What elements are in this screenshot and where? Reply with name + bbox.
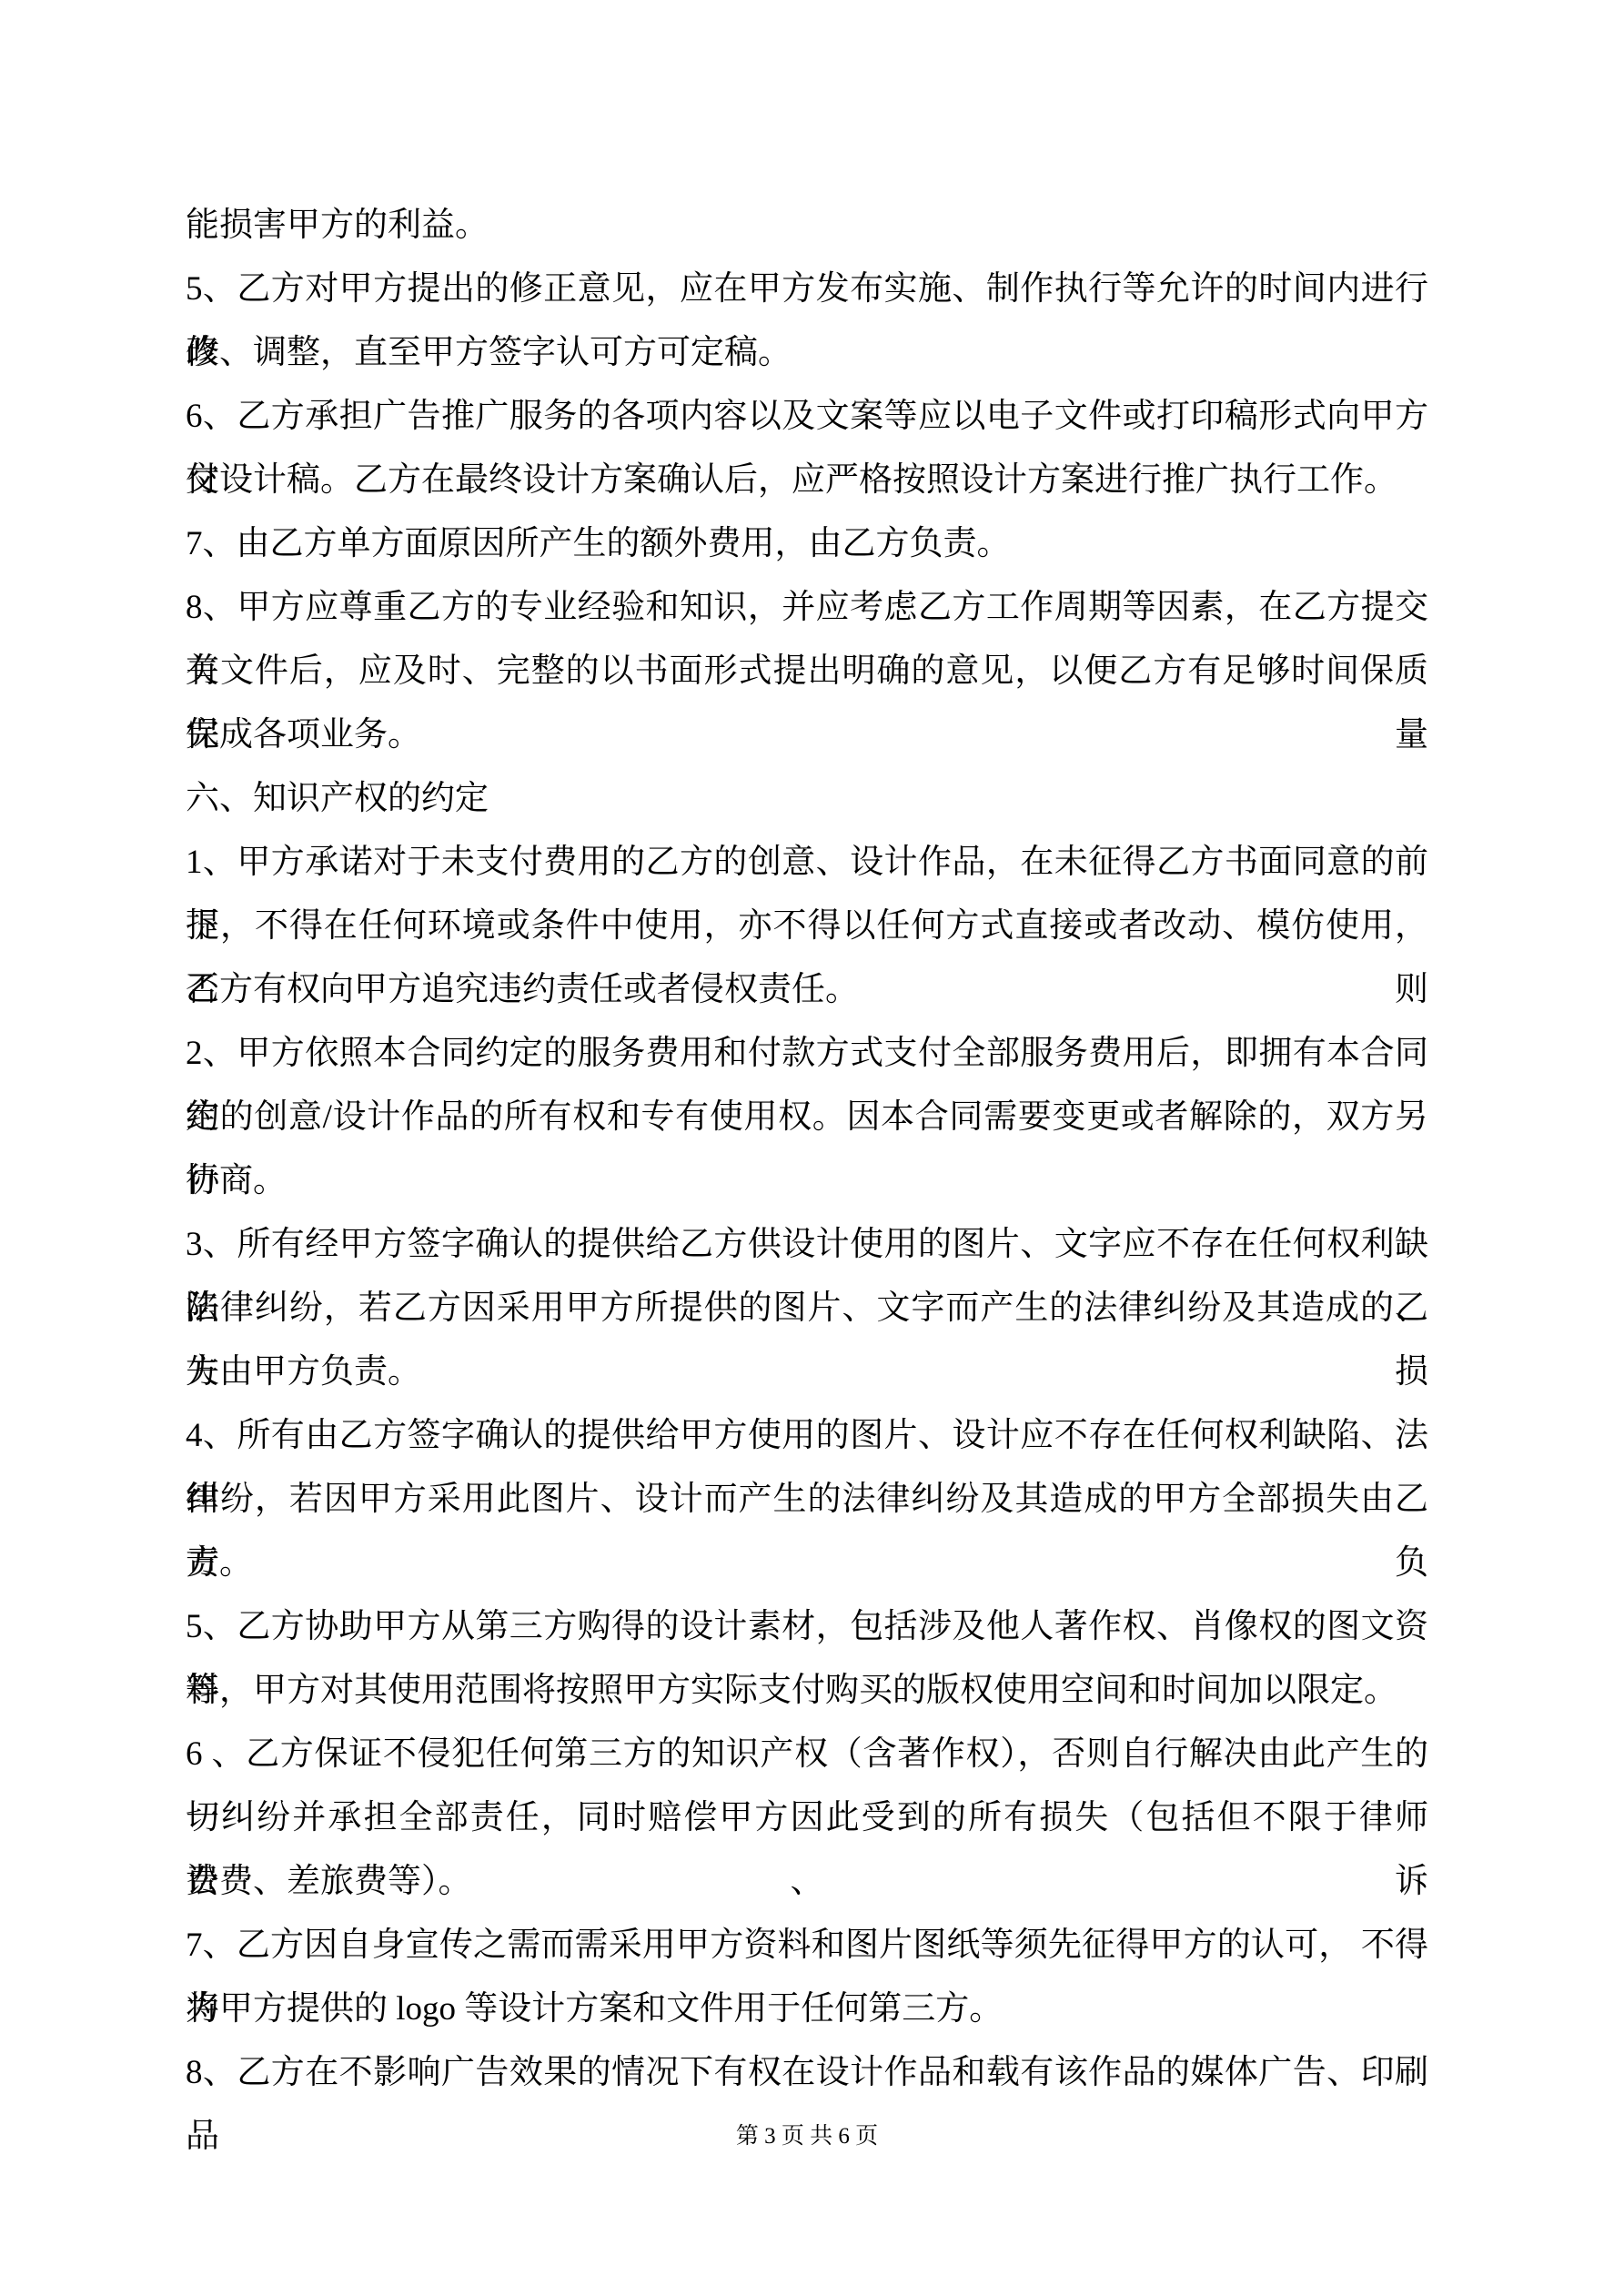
document-line: 7、乙方因自身宣传之需而需采用甲方资料和图片图纸等须先征得甲方的认可， 不得将 (186, 1914, 1428, 1977)
document-line: 关文件后，应及时、完整的以书面形式提出明确的意见，以便乙方有足够时间保质保量 (186, 640, 1428, 703)
document-line: 协商。 (186, 1149, 1428, 1213)
document-body: 能损害甲方的利益。 5、乙方对甲方提出的修正意见，应在甲方发布实施、制作执行等允… (186, 194, 1428, 2105)
document-line: 能损害甲方的利益。 (186, 194, 1428, 258)
document-line: 付设计稿。乙方在最终设计方案确认后，应严格按照设计方案进行推广执行工作。 (186, 449, 1428, 512)
document-line: 为甲方提供的 logo 等设计方案和文件用于任何第三方。 (186, 1977, 1428, 2041)
document-line: 8、甲方应尊重乙方的专业经验和知识，并应考虑乙方工作周期等因素，在乙方提交有 (186, 576, 1428, 640)
document-line: 改、调整，直至甲方签字认可方可定稿。 (186, 321, 1428, 385)
document-line: 1、甲方承诺对于未支付费用的乙方的创意、设计作品，在未征得乙方书面同意的前提 (186, 831, 1428, 895)
document-line: 7、由乙方单方面原因所产生的额外费用，由乙方负责。 (186, 512, 1428, 576)
document-line: 纠纷，若因甲方采用此图片、设计而产生的法律纠纷及其造成的甲方全部损失由乙方负 (186, 1468, 1428, 1532)
document-line: 6 、乙方保证不侵犯任何第三方的知识产权（含著作权），否则自行解决由此产生的一 (186, 1723, 1428, 1786)
document-section-heading: 六、知识产权的约定 (186, 767, 1428, 831)
document-line: 切纠纷并承担全部责任，同时赔偿甲方因此受到的所有损失（包括但不限于律师费、诉 (186, 1786, 1428, 1850)
document-line: 等，甲方对其使用范围将按照甲方实际支付购买的版权使用空间和时间加以限定。 (186, 1659, 1428, 1723)
document-line: 8、乙方在不影响广告效果的情况下有权在设计作品和载有该作品的媒体广告、印刷品 (186, 2041, 1428, 2105)
page-footer: 第 3 页 共 6 页 (186, 2122, 1428, 2151)
document-line: 3、所有经甲方签字确认的提供给乙方供设计使用的图片、文字应不存在任何权利缺陷、 (186, 1213, 1428, 1277)
document-line: 6、乙方承担广告推广服务的各项内容以及文案等应以电子文件或打印稿形式向甲方交 (186, 385, 1428, 449)
document-line: 下，不得在任何环境或条件中使用，亦不得以任何方式直接或者改动、模仿使用，否则 (186, 895, 1428, 958)
document-page: 能损害甲方的利益。 5、乙方对甲方提出的修正意见，应在甲方发布实施、制作执行等允… (0, 0, 1624, 2296)
document-line: 2、甲方依照本合同约定的服务费用和付款方式支付全部服务费用后，即拥有本合同约 (186, 1022, 1428, 1086)
document-line: 4、所有由乙方签字确认的提供给甲方使用的图片、设计应不存在任何权利缺陷、法律 (186, 1404, 1428, 1468)
document-line: 5、乙方对甲方提出的修正意见，应在甲方发布实施、制作执行等允许的时间内进行修 (186, 258, 1428, 321)
document-line: 5、乙方协助甲方从第三方购得的设计素材，包括涉及他人著作权、肖像权的图文资料 (186, 1595, 1428, 1659)
document-line: 法律纠纷，若乙方因采用甲方所提供的图片、文字而产生的法律纠纷及其造成的乙方损 (186, 1277, 1428, 1340)
document-line: 定的创意/设计作品的所有权和专有使用权。因本合同需要变更或者解除的，双方另行 (186, 1086, 1428, 1149)
